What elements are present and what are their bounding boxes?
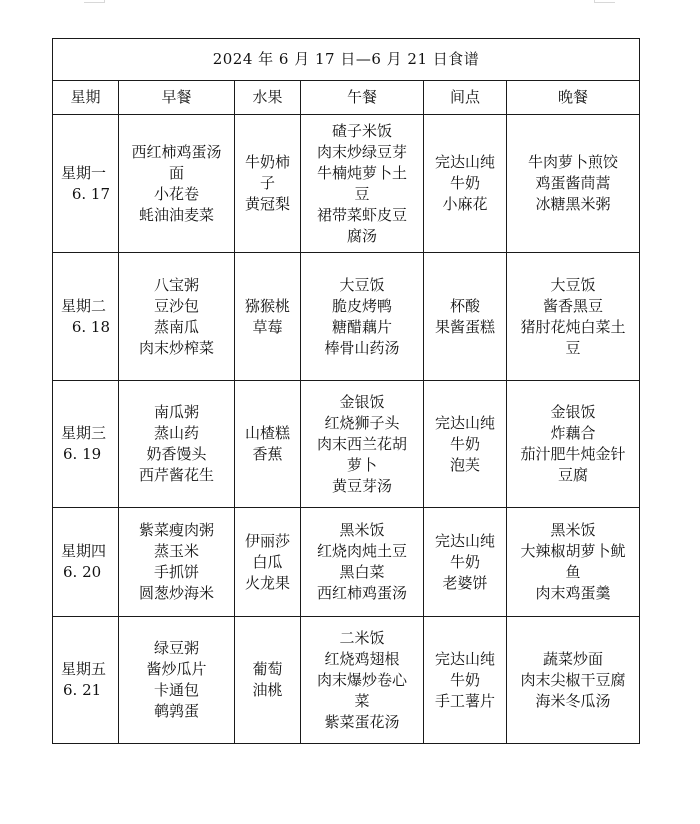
- menu-item: 萝卜: [303, 455, 421, 476]
- menu-item: 酱炒瓜片: [121, 659, 232, 680]
- menu-item: 豆沙包: [121, 296, 232, 317]
- menu-item: 金银饭: [509, 402, 637, 423]
- day-cell: 星期三 6. 19: [53, 381, 119, 508]
- menu-item: 完达山纯: [426, 413, 504, 434]
- menu-item: 棒骨山药汤: [303, 338, 421, 359]
- menu-item: 完达山纯: [426, 531, 504, 552]
- menu-item: 西红柿鸡蛋汤: [303, 583, 421, 604]
- menu-item: 茄汁肥牛炖金针: [509, 444, 637, 465]
- menu-item: 豆: [509, 338, 637, 359]
- breakfast-cell: 绿豆粥 酱炒瓜片 卡通包 鹌鹑蛋: [119, 617, 235, 744]
- dinner-cell: 金银饭 炸藕合 茄汁肥牛炖金针 豆腐: [507, 381, 640, 508]
- day-cell: 星期二 6. 18: [53, 253, 119, 381]
- table-row-thursday: 星期四 6. 20 紫菜瘦肉粥 蒸玉米 手抓饼 圆葱炒海米 伊丽莎 白瓜 火龙果…: [53, 508, 640, 617]
- lunch-cell: 金银饭 红烧狮子头 肉末西兰花胡 萝卜 黄豆芽汤: [301, 381, 424, 508]
- menu-item: 海米冬瓜汤: [509, 691, 637, 712]
- day-cell: 星期一 6. 17: [53, 115, 119, 253]
- menu-item: 蚝油油麦菜: [121, 205, 232, 226]
- menu-item: 牛奶: [426, 552, 504, 573]
- menu-item: 腐汤: [303, 226, 421, 247]
- menu-item: 肉末炒绿豆芽: [303, 142, 421, 163]
- menu-item: 蒸山药: [121, 423, 232, 444]
- menu-item: 牛奶: [426, 434, 504, 455]
- menu-item: 牛楠炖萝卜土: [303, 163, 421, 184]
- menu-item: 黄豆芽汤: [303, 476, 421, 497]
- header-breakfast: 早餐: [119, 81, 235, 115]
- breakfast-cell: 八宝粥 豆沙包 蒸南瓜 肉末炒榨菜: [119, 253, 235, 381]
- dinner-cell: 黑米饭 大辣椒胡萝卜鱿 鱼 肉末鸡蛋羹: [507, 508, 640, 617]
- page-crop-mark-left: [84, 0, 105, 3]
- snack-cell: 杯酸 果酱蛋糕: [424, 253, 507, 381]
- menu-item: 肉末尖椒干豆腐: [509, 670, 637, 691]
- menu-item: 完达山纯: [426, 152, 504, 173]
- dinner-cell: 大豆饭 酱香黑豆 猪肘花炖白菜土 豆: [507, 253, 640, 381]
- menu-item: 牛奶: [426, 670, 504, 691]
- menu-item: 肉末爆炒卷心: [303, 670, 421, 691]
- table-row-tuesday: 星期二 6. 18 八宝粥 豆沙包 蒸南瓜 肉末炒榨菜 猕猴桃 草莓 大豆饭 脆…: [53, 253, 640, 381]
- table-row-monday: 星期一 6. 17 西红柿鸡蛋汤 面 小花卷 蚝油油麦菜 牛奶柿 子 黄冠梨 碴…: [53, 115, 640, 253]
- menu-item: 大豆饭: [303, 275, 421, 296]
- page-crop-mark-right: [594, 0, 615, 3]
- lunch-cell: 黑米饭 红烧肉炖土豆 黑白菜 西红柿鸡蛋汤: [301, 508, 424, 617]
- menu-item: 大辣椒胡萝卜鱿: [509, 541, 637, 562]
- menu-item: 牛奶柿: [237, 152, 298, 173]
- dinner-cell: 牛肉萝卜煎饺 鸡蛋酱茼蒿 冰糖黑米粥: [507, 115, 640, 253]
- menu-item: 冰糖黑米粥: [509, 194, 637, 215]
- header-day: 星期: [53, 81, 119, 115]
- day-date: 6. 18: [61, 317, 116, 338]
- menu-item: 奶香馒头: [121, 444, 232, 465]
- menu-item: 蒸南瓜: [121, 317, 232, 338]
- menu-item: 果酱蛋糕: [426, 317, 504, 338]
- header-row: 星期 早餐 水果 午餐 间点 晚餐: [53, 81, 640, 115]
- menu-item: 猪肘花炖白菜土: [509, 317, 637, 338]
- menu-item: 黄冠梨: [237, 194, 298, 215]
- day-name: 星期三: [61, 423, 116, 444]
- day-cell: 星期四 6. 20: [53, 508, 119, 617]
- menu-item: 伊丽莎: [237, 531, 298, 552]
- snack-cell: 完达山纯 牛奶 手工薯片: [424, 617, 507, 744]
- menu-item: 绿豆粥: [121, 638, 232, 659]
- menu-item: 肉末鸡蛋羹: [509, 583, 637, 604]
- lunch-cell: 碴子米饭 肉末炒绿豆芽 牛楠炖萝卜土 豆 裙带菜虾皮豆 腐汤: [301, 115, 424, 253]
- menu-item: 黑米饭: [303, 520, 421, 541]
- menu-item: 黑米饭: [509, 520, 637, 541]
- menu-item: 豆腐: [509, 465, 637, 486]
- lunch-cell: 大豆饭 脆皮烤鸭 糖醋藕片 棒骨山药汤: [301, 253, 424, 381]
- menu-item: 紫菜蛋花汤: [303, 712, 421, 733]
- table-row-wednesday: 星期三 6. 19 南瓜粥 蒸山药 奶香馒头 西芹酱花生 山楂糕 香蕉 金银饭 …: [53, 381, 640, 508]
- day-name: 星期二: [61, 296, 116, 317]
- menu-item: 鸡蛋酱茼蒿: [509, 173, 637, 194]
- header-lunch: 午餐: [301, 81, 424, 115]
- breakfast-cell: 南瓜粥 蒸山药 奶香馒头 西芹酱花生: [119, 381, 235, 508]
- menu-item: 泡芙: [426, 455, 504, 476]
- menu-item: 香蕉: [237, 444, 298, 465]
- menu-item: 猕猴桃: [237, 296, 298, 317]
- menu-item: 二米饭: [303, 628, 421, 649]
- menu-item: 蔬菜炒面: [509, 649, 637, 670]
- menu-item: 紫菜瘦肉粥: [121, 520, 232, 541]
- lunch-cell: 二米饭 红烧鸡翅根 肉末爆炒卷心 菜 紫菜蛋花汤: [301, 617, 424, 744]
- menu-item: 手工薯片: [426, 691, 504, 712]
- dinner-cell: 蔬菜炒面 肉末尖椒干豆腐 海米冬瓜汤: [507, 617, 640, 744]
- menu-item: 牛肉萝卜煎饺: [509, 152, 637, 173]
- header-snack: 间点: [424, 81, 507, 115]
- menu-item: 八宝粥: [121, 275, 232, 296]
- fruit-cell: 山楂糕 香蕉: [235, 381, 301, 508]
- fruit-cell: 猕猴桃 草莓: [235, 253, 301, 381]
- menu-item: 手抓饼: [121, 562, 232, 583]
- menu-item: 杯酸: [426, 296, 504, 317]
- breakfast-cell: 紫菜瘦肉粥 蒸玉米 手抓饼 圆葱炒海米: [119, 508, 235, 617]
- menu-item: 肉末西兰花胡: [303, 434, 421, 455]
- fruit-cell: 牛奶柿 子 黄冠梨: [235, 115, 301, 253]
- menu-item: 西红柿鸡蛋汤: [121, 142, 232, 163]
- menu-item: 大豆饭: [509, 275, 637, 296]
- menu-item: 红烧肉炖土豆: [303, 541, 421, 562]
- header-dinner: 晚餐: [507, 81, 640, 115]
- menu-item: 脆皮烤鸭: [303, 296, 421, 317]
- menu-item: 蒸玉米: [121, 541, 232, 562]
- menu-item: 圆葱炒海米: [121, 583, 232, 604]
- fruit-cell: 伊丽莎 白瓜 火龙果: [235, 508, 301, 617]
- menu-item: 卡通包: [121, 680, 232, 701]
- fruit-cell: 葡萄 油桃: [235, 617, 301, 744]
- menu-item: 豆: [303, 184, 421, 205]
- menu-item: 山楂糕: [237, 423, 298, 444]
- menu-item: 碴子米饭: [303, 121, 421, 142]
- day-date: 6. 20: [61, 562, 116, 583]
- snack-cell: 完达山纯 牛奶 老婆饼: [424, 508, 507, 617]
- snack-cell: 完达山纯 牛奶 小麻花: [424, 115, 507, 253]
- menu-item: 黑白菜: [303, 562, 421, 583]
- day-name: 星期一: [61, 163, 116, 184]
- header-fruit: 水果: [235, 81, 301, 115]
- menu-item: 肉末炒榨菜: [121, 338, 232, 359]
- menu-item: 红烧鸡翅根: [303, 649, 421, 670]
- snack-cell: 完达山纯 牛奶 泡芙: [424, 381, 507, 508]
- day-cell: 星期五 6. 21: [53, 617, 119, 744]
- menu-item: 鱼: [509, 562, 637, 583]
- menu-item: 白瓜: [237, 552, 298, 573]
- menu-item: 老婆饼: [426, 573, 504, 594]
- menu-item: 葡萄: [237, 659, 298, 680]
- menu-item: 草莓: [237, 317, 298, 338]
- menu-item: 完达山纯: [426, 649, 504, 670]
- menu-item: 红烧狮子头: [303, 413, 421, 434]
- menu-item: 南瓜粥: [121, 402, 232, 423]
- day-date: 6. 21: [61, 680, 116, 701]
- menu-item: 金银饭: [303, 392, 421, 413]
- menu-item: 油桃: [237, 680, 298, 701]
- table-row-friday: 星期五 6. 21 绿豆粥 酱炒瓜片 卡通包 鹌鹑蛋 葡萄 油桃 二米饭 红烧鸡…: [53, 617, 640, 744]
- menu-item: 菜: [303, 691, 421, 712]
- menu-item: 小麻花: [426, 194, 504, 215]
- day-date: 6. 19: [61, 444, 116, 465]
- menu-item: 西芹酱花生: [121, 465, 232, 486]
- menu-title: 2024 年 6 月 17 日—6 月 21 日食谱: [53, 39, 640, 81]
- menu-item: 鹌鹑蛋: [121, 701, 232, 722]
- title-row: 2024 年 6 月 17 日—6 月 21 日食谱: [53, 39, 640, 81]
- breakfast-cell: 西红柿鸡蛋汤 面 小花卷 蚝油油麦菜: [119, 115, 235, 253]
- day-name: 星期四: [61, 541, 116, 562]
- menu-item: 炸藕合: [509, 423, 637, 444]
- menu-item: 面: [121, 163, 232, 184]
- day-date: 6. 17: [61, 184, 116, 205]
- menu-item: 糖醋藕片: [303, 317, 421, 338]
- weekly-menu-table: 2024 年 6 月 17 日—6 月 21 日食谱 星期 早餐 水果 午餐 间…: [52, 38, 640, 744]
- menu-item: 牛奶: [426, 173, 504, 194]
- day-name: 星期五: [61, 659, 116, 680]
- menu-item: 子: [237, 173, 298, 194]
- menu-item: 酱香黑豆: [509, 296, 637, 317]
- menu-item: 火龙果: [237, 573, 298, 594]
- menu-item: 小花卷: [121, 184, 232, 205]
- menu-item: 裙带菜虾皮豆: [303, 205, 421, 226]
